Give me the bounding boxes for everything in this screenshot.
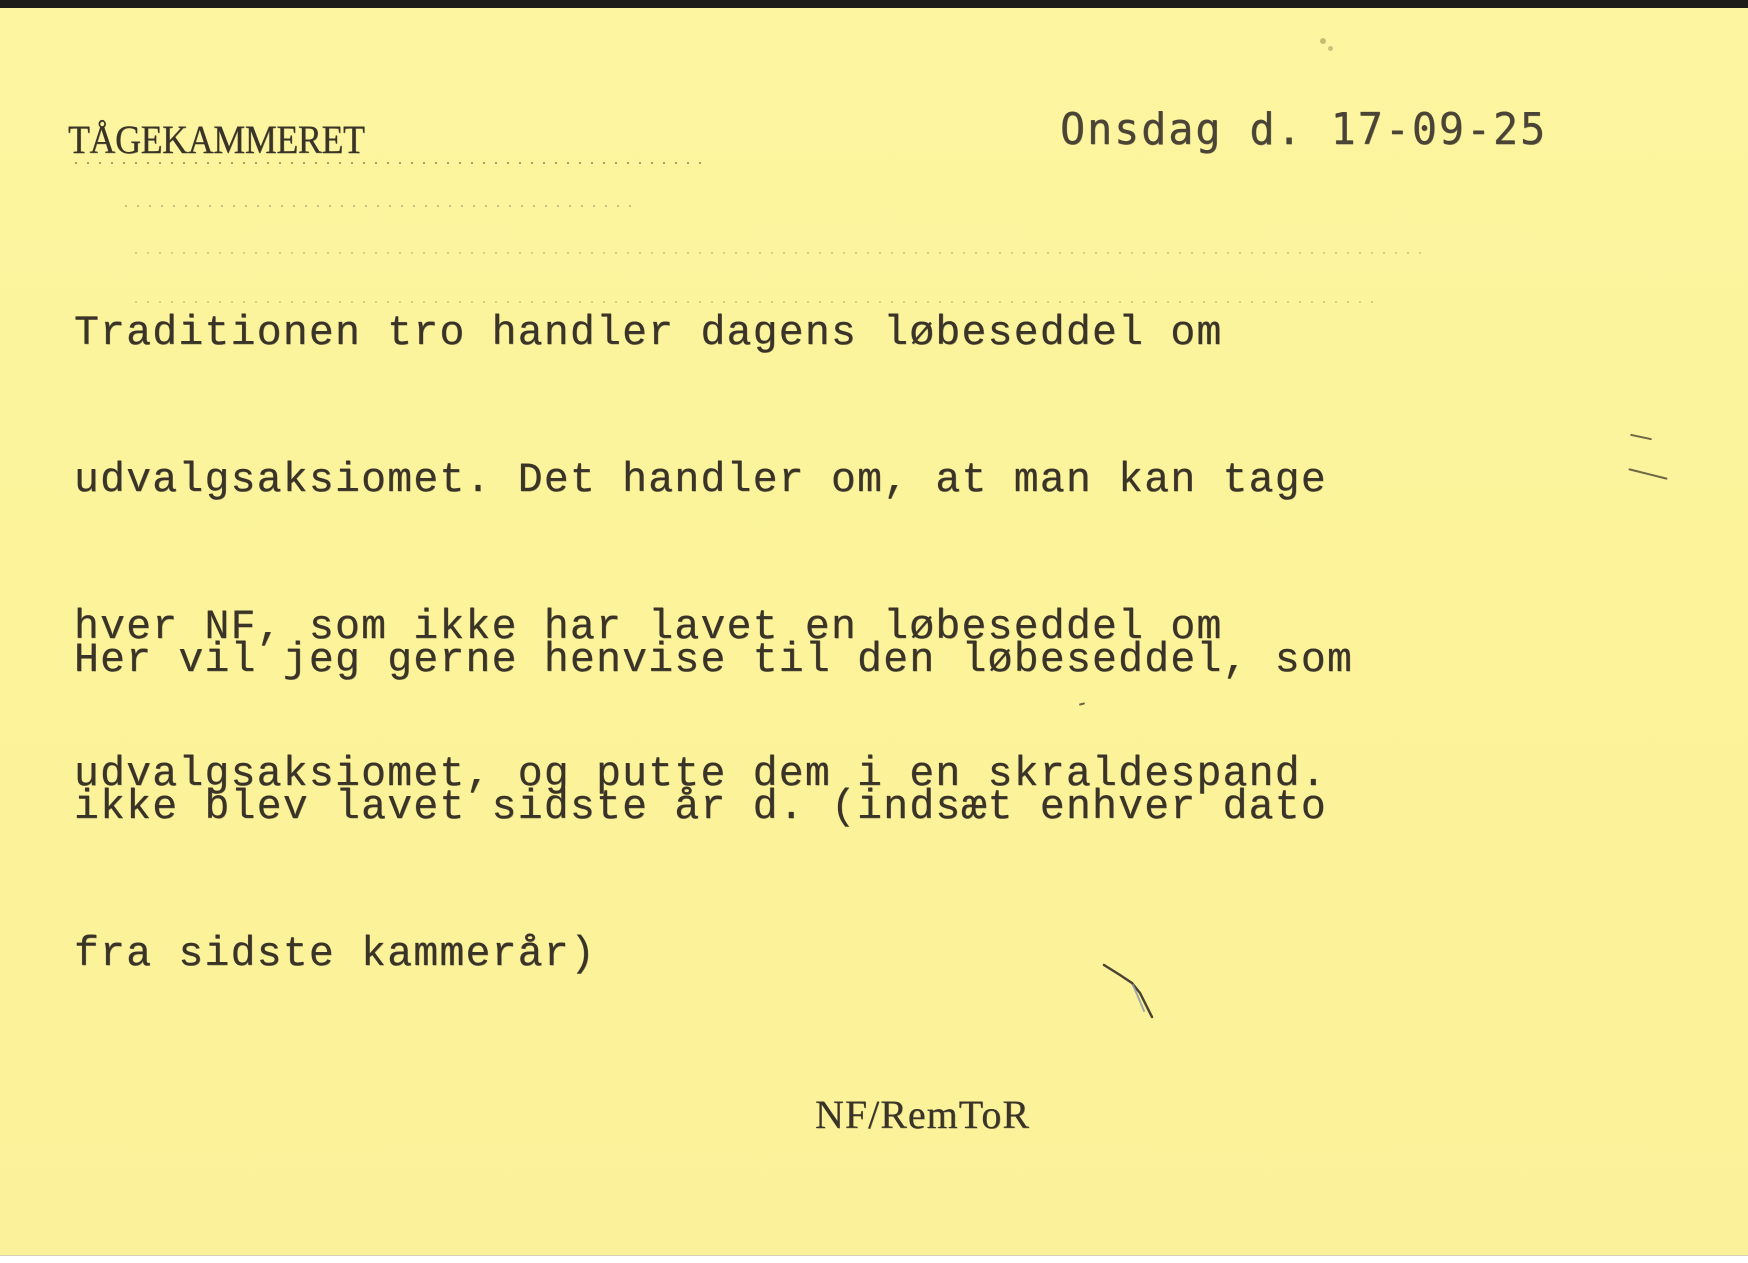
speck-icon [1630,434,1652,441]
paragraph-line: ikke blev lavet sidste år d. (indsæt enh… [74,783,1353,832]
speck-icon [1628,468,1667,480]
line-dots [130,252,1430,254]
header-dot-leader [70,162,710,164]
date-header: Onsdag d. 17-09-25 [1060,104,1547,155]
line-dots [120,205,640,207]
pen-stroke-icon [1100,963,1170,1023]
speck-icon [1320,38,1326,44]
signature: NF/RemToR [815,1091,1030,1138]
line-dots [130,301,1380,303]
typewritten-card: TÅGEKAMMERET Onsdag d. 17-09-25 Traditio… [0,8,1748,1255]
paragraph-line: Her vil jeg gerne henvise til den løbese… [74,636,1353,685]
paragraph-line: Traditionen tro handler dagens løbesedde… [74,309,1327,358]
scan-top-edge [0,0,1748,8]
speck-icon [1328,46,1333,51]
organization-header: TÅGEKAMMERET [68,116,365,163]
scan-bottom-edge [0,1255,1748,1263]
paragraph-line: udvalgsaksiomet. Det handler om, at man … [74,456,1327,505]
